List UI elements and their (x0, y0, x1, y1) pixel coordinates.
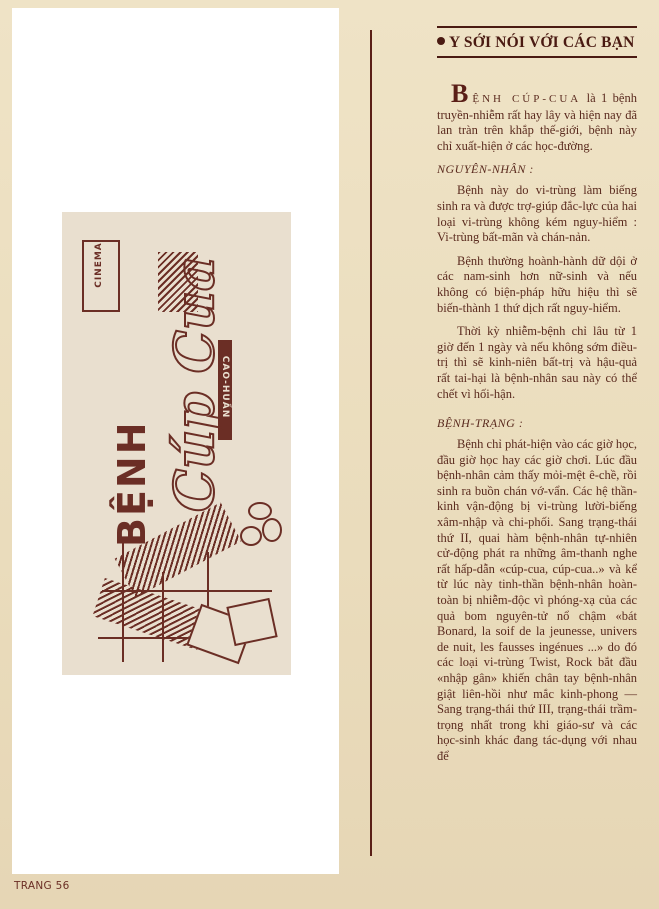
bullet-icon (437, 37, 445, 45)
books-icon (226, 598, 277, 646)
flower-icon (248, 502, 272, 520)
article-column: Y SỚI NÓI VỚI CÁC BẠN BỆNH CÚP-CUA là 1 … (437, 20, 637, 773)
illustration-title-cupcua: Cúp Cua (162, 256, 226, 512)
page-number: TRANG 56 (14, 880, 70, 892)
paragraph: Bệnh này do vi-trùng làm biếng sinh ra v… (437, 183, 637, 245)
column-heading-text: Y SỚI NÓI VỚI CÁC BẠN (449, 34, 635, 51)
section-label-benh-trang: BỆNH-TRẠNG : (437, 416, 637, 431)
article-illustration: CINEMA CAO-HUẤN BỆNH Cúp Cua (62, 212, 291, 675)
cinema-sign-label: CINEMA (94, 242, 104, 288)
flower-icon (262, 518, 282, 542)
barbed-wire-icon (102, 590, 272, 592)
lead-paragraph: BỆNH CÚP-CUA là 1 bệnh truyền-nhiễm rất … (437, 84, 637, 154)
paragraph: Thời kỳ nhiễm-bệnh chỉ lâu từ 1 giờ đến … (437, 324, 637, 402)
flower-icon (240, 526, 262, 546)
drop-cap: B (451, 79, 468, 108)
lead-caps: ỆNH CÚP-CUA (472, 93, 581, 105)
column-divider (370, 30, 372, 856)
column-heading: Y SỚI NÓI VỚI CÁC BẠN (437, 26, 637, 58)
paragraph: Bệnh chỉ phát-hiện vào các giờ học, đầu … (437, 437, 637, 764)
fence-post-icon (122, 542, 124, 662)
fence-post-icon (162, 572, 164, 662)
paragraph: Bệnh thường hoành-hành dữ dội ở các nam-… (437, 254, 637, 316)
illustration-title-benh: BỆNH (110, 367, 154, 547)
section-label-nguyen-nhan: NGUYÊN-NHÂN : (437, 162, 637, 177)
